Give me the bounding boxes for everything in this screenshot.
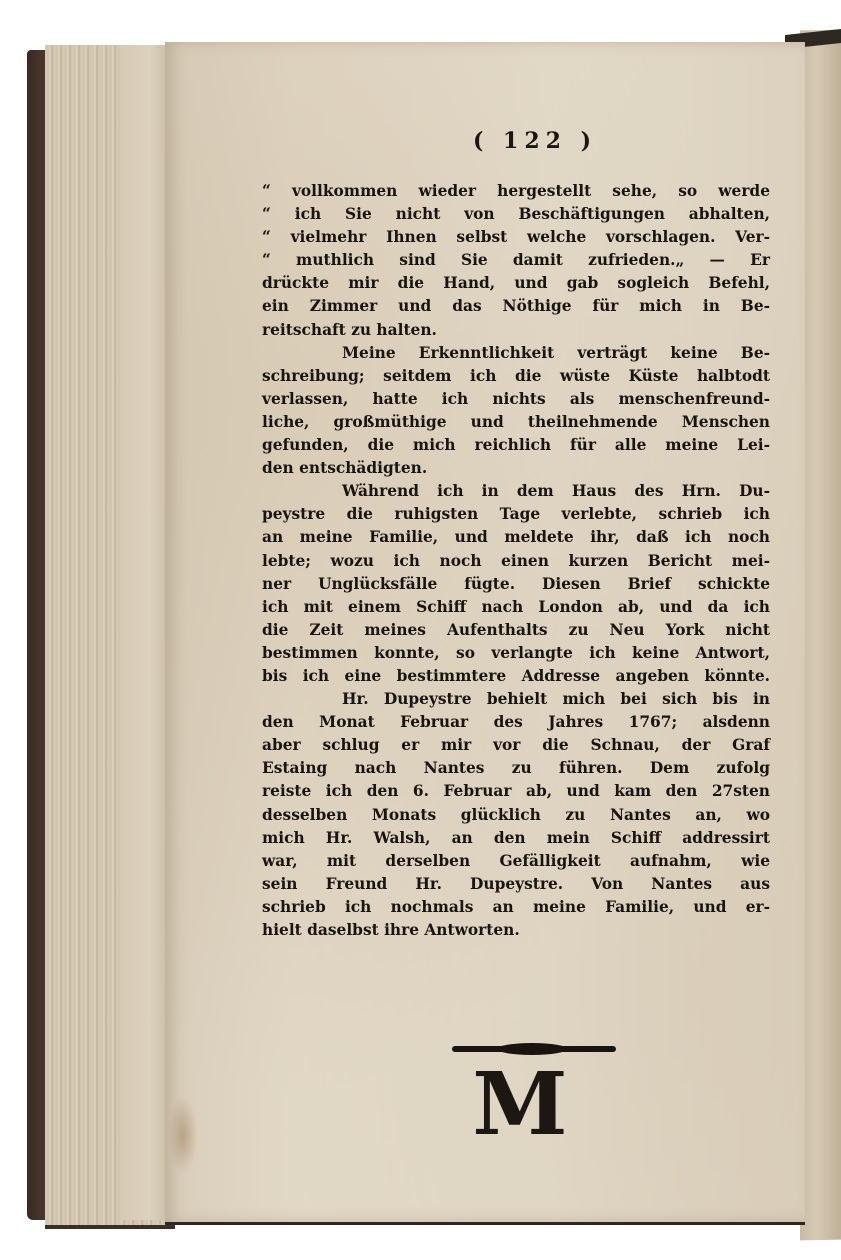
text-line: liche, großmüthige und theilnehmende Men… (262, 411, 770, 434)
text-line: sein Freund Hr. Dupeystre. Von Nantes au… (262, 873, 770, 896)
text-line: war, mit derselben Gefälligkeit aufnahm,… (262, 850, 770, 873)
text-line: schrieb ich nochmals an meine Familie, u… (262, 896, 770, 919)
ornamental-rule (452, 1046, 616, 1052)
text-line: “ muthlich sind Sie damit zufrieden.„ — … (262, 249, 770, 272)
text-line: “ vielmehr Ihnen selbst welche vorschlag… (262, 226, 770, 249)
text-line: ein Zimmer und das Nöthige für mich in B… (262, 295, 770, 318)
text-line: reiste ich den 6. Februar ab, und kam de… (262, 780, 770, 803)
page-stack-inner (120, 45, 170, 1220)
text-line: verlassen, hatte ich nichts als menschen… (262, 388, 770, 411)
signature-mark: M (470, 1062, 570, 1148)
text-line: lebte; wozu ich noch einen kurzen Berich… (262, 550, 770, 573)
paragraph-start-line: Während ich in dem Haus des Hrn. Du- (262, 480, 770, 503)
text-line: ich mit einem Schiff nach London ab, und… (262, 596, 770, 619)
text-line: aber schlug er mir vor die Schnau, der G… (262, 734, 770, 757)
paragraph-start-line: Hr. Dupeystre behielt mich bei sich bis … (262, 688, 770, 711)
body-text: “ vollkommen wieder hergestellt sehe, so… (262, 180, 770, 942)
text-line: reitschaft zu halten. (262, 319, 770, 342)
text-line: ner Unglücksfälle fügte. Diesen Brief sc… (262, 573, 770, 596)
text-line: “ ich Sie nicht von Beschäftigungen abha… (262, 203, 770, 226)
text-line: desselben Monats glücklich zu Nantes an,… (262, 804, 770, 827)
text-line: an meine Familie, und meldete ihr, daß i… (262, 526, 770, 549)
text-line: Estaing nach Nantes zu führen. Dem zufol… (262, 757, 770, 780)
text-line: mich Hr. Walsh, an den mein Schiff addre… (262, 827, 770, 850)
text-line: “ vollkommen wieder hergestellt sehe, so… (262, 180, 770, 203)
page-stain (168, 1095, 198, 1175)
text-line: gefunden, die mich reichlich für alle me… (262, 434, 770, 457)
text-line: hielt daselbst ihre Antworten. (262, 919, 770, 942)
text-line: die Zeit meines Aufenthalts zu Neu York … (262, 619, 770, 642)
text-line: schreibung; seitdem ich die wüste Küste … (262, 365, 770, 388)
text-line: peystre die ruhigsten Tage verlebte, sch… (262, 503, 770, 526)
paragraph-start-line: Meine Erkenntlichkeit verträgt keine Be- (262, 342, 770, 365)
text-line: bis ich eine bestimmtere Addresse angebe… (262, 665, 770, 688)
text-line: bestimmen konnte, so verlangte ich keine… (262, 642, 770, 665)
page-number: ( 122 ) (470, 128, 600, 154)
text-line: drückte mir die Hand, und gab sogleich B… (262, 272, 770, 295)
text-line: den entschädigten. (262, 457, 770, 480)
facing-page-edge (800, 30, 841, 1241)
text-line: den Monat Februar des Jahres 1767; alsde… (262, 711, 770, 734)
